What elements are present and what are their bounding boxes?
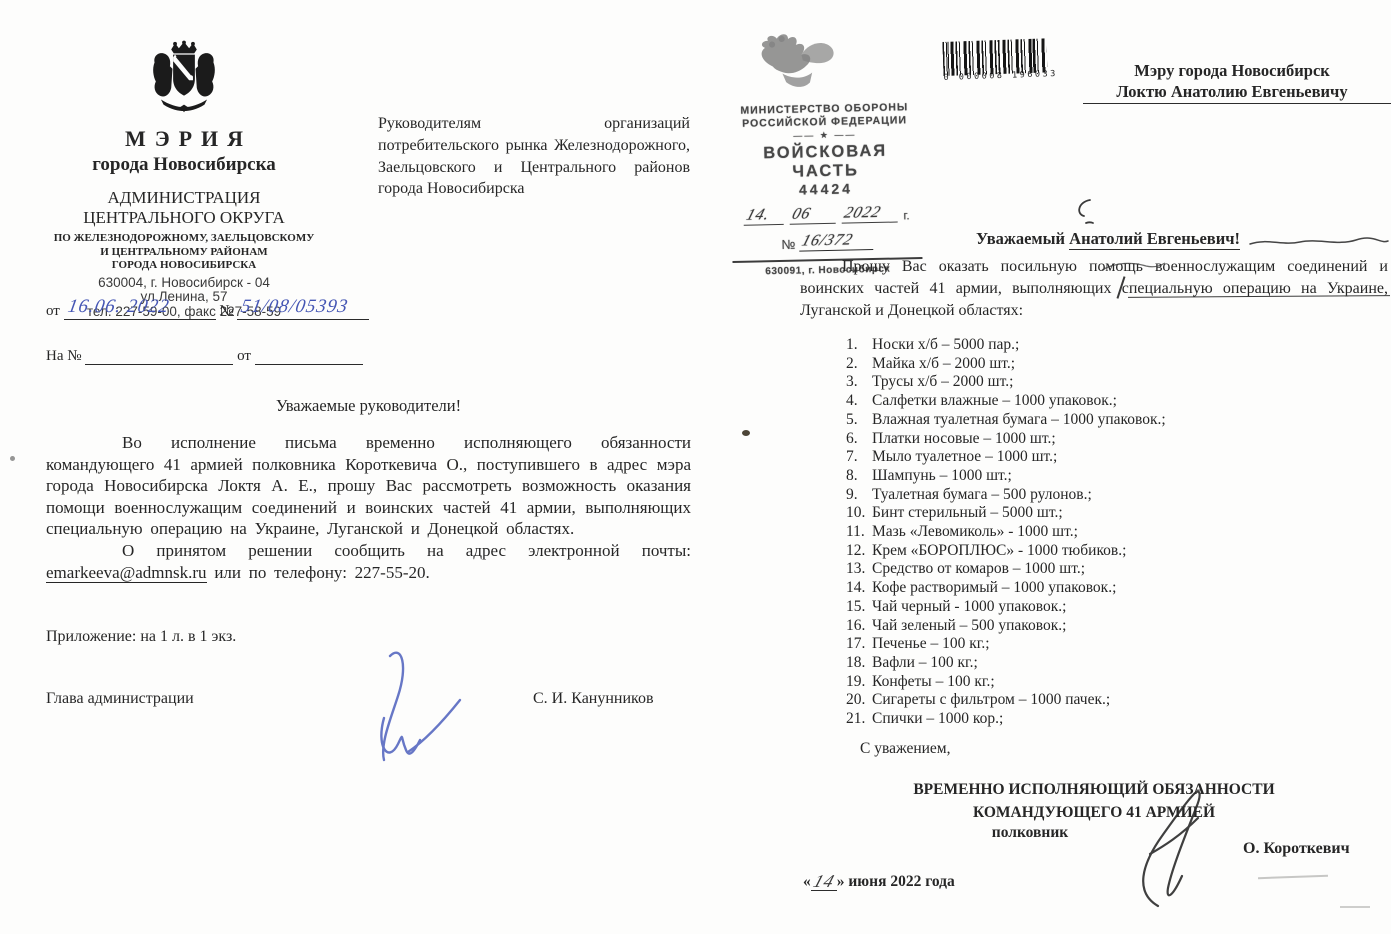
- pen-mark-scribble: [1098, 258, 1168, 274]
- doc1-sub-line2: И ЦЕНТРАЛЬНОМУ РАЙОНАМ: [46, 246, 322, 260]
- doc1-signer-title: Глава администрации: [46, 690, 194, 708]
- item-label: Платки носовые – 1000 шт.;: [872, 430, 1056, 449]
- item-label: Спички – 1000 кор.;: [872, 710, 1003, 729]
- doc1-dept-line1: АДМИНИСТРАЦИЯ: [46, 188, 322, 208]
- doc1-addressee: Руководителям организаций потребительско…: [378, 113, 690, 200]
- item-label: Крем «БОРОПЛЮС» - 1000 тюбиков.;: [872, 542, 1126, 561]
- doc2-date-line: «14» июня 2022 года: [803, 872, 955, 891]
- item-label: Влажная туалетная бумага – 1000 упаковок…: [872, 411, 1166, 430]
- request-list-item: 16. Чай зеленый – 500 упаковок.;: [846, 617, 1386, 636]
- doc1-email-link: emarkeeva@admnsk.ru: [46, 563, 207, 583]
- item-label: Носки х/б – 5000 пар.;: [872, 336, 1019, 355]
- request-list-item: 12. Крем «БОРОПЛЮС» - 1000 тюбиков.;: [846, 542, 1386, 561]
- request-list-item: 19. Конфеты – 100 кг.;: [846, 673, 1386, 692]
- doc1-handwritten-number: 51/08/05393: [239, 296, 350, 318]
- stamp-date-month-field: 06: [789, 203, 835, 225]
- item-number: 15.: [846, 598, 872, 617]
- doc1-letterhead: МЭРИЯ города Новосибирска АДМИНИСТРАЦИЯ …: [46, 40, 322, 319]
- doc1-ref-number-field: 51/08/05393: [237, 299, 369, 320]
- stamp-handwritten-day: 14.: [744, 206, 772, 225]
- doc2-date-day-field: 14: [811, 872, 837, 891]
- doc1-paragraph-1: Во исполнение письма временно исполняюще…: [46, 432, 691, 540]
- stamp-unit-label: ВОЙСКОВАЯ ЧАСТЬ: [730, 141, 921, 183]
- item-label: Кофе растворимый – 1000 упаковок.;: [872, 579, 1116, 598]
- request-list-item: 3. Трусы х/б – 2000 шт.;: [846, 373, 1386, 392]
- item-label: Салфетки влажные – 1000 упаковок.;: [872, 392, 1117, 411]
- item-number: 1.: [846, 336, 872, 355]
- doc1-reference-row: от 16.06. 2022 № 51/08/05393: [46, 299, 386, 320]
- request-list-item: 18. Вафли – 100 кг.;: [846, 654, 1386, 673]
- request-list-item: 2. Майка х/б – 2000 шт.;: [846, 355, 1386, 374]
- request-list-item: 13. Средство от комаров – 1000 шт.;: [846, 560, 1386, 579]
- item-number: 9.: [846, 486, 872, 505]
- request-list-item: 1. Носки х/б – 5000 пар.;: [846, 336, 1386, 355]
- doc1-ref-no-label: №: [219, 303, 233, 319]
- stamp-date-year-field: 2022: [841, 202, 897, 224]
- doc1-org-name: МЭРИЯ: [46, 126, 322, 152]
- request-list-item: 8. Шампунь – 1000 шт.;: [846, 467, 1386, 486]
- item-number: 18.: [846, 654, 872, 673]
- request-list-item: 14. Кофе растворимый – 1000 упаковок.;: [846, 579, 1386, 598]
- item-label: Вафли – 100 кг.;: [872, 654, 978, 673]
- item-number: 14.: [846, 579, 872, 598]
- doc2-signer-title-line1: ВРЕМЕННО ИСПОЛНЯЮЩИЙ ОБЯЗАННОСТИ: [800, 778, 1388, 801]
- item-number: 7.: [846, 448, 872, 467]
- request-list-item: 6. Платки носовые – 1000 шт.;: [846, 430, 1386, 449]
- item-number: 16.: [846, 617, 872, 636]
- doc2-closing: С уважением,: [860, 740, 951, 758]
- item-number: 13.: [846, 560, 872, 579]
- request-list-item: 15. Чай черный - 1000 упаковок.;: [846, 598, 1386, 617]
- item-number: 6.: [846, 430, 872, 449]
- doc1-body: Во исполнение письма временно исполняюще…: [46, 432, 691, 583]
- doc1-paragraph-2: О принятом решении сообщить на адрес эле…: [46, 540, 691, 583]
- doc2-addressee-line2: Локтю Анатолию Евгеньевичу: [1093, 81, 1371, 102]
- pen-mark-arc: [1070, 196, 1096, 226]
- item-label: Чай зеленый – 500 упаковок.;: [872, 617, 1066, 636]
- request-list-item: 11. Мазь «Левомиколь» - 1000 шт.;: [846, 523, 1386, 542]
- signature-korotkevich: [1128, 788, 1228, 912]
- item-number: 12.: [846, 542, 872, 561]
- doc2-salutation-prefix: Уважаемый: [976, 229, 1069, 248]
- doc2-signer-title: ВРЕМЕННО ИСПОЛНЯЮЩИЙ ОБЯЗАННОСТИ КОМАНДУ…: [800, 778, 1388, 824]
- item-label: Шампунь – 1000 шт.;: [872, 467, 1012, 486]
- doc1-handwritten-date: 16.06. 2022: [66, 296, 171, 318]
- item-number: 11.: [846, 523, 872, 542]
- item-number: 4.: [846, 392, 872, 411]
- doc2-date-rest: » июня 2022 года: [837, 873, 955, 890]
- item-number: 3.: [846, 373, 872, 392]
- doc2-military-unit-stamp: МИНИСТЕРСТВО ОБОРОНЫ РОССИЙСКОЙ ФЕДЕРАЦИ…: [729, 101, 923, 278]
- doc2-date-open-quote: «: [803, 873, 811, 890]
- doc1-sub-line1: ПО ЖЕЛЕЗНОДОРОЖНОМУ, ЗАЕЛЬЦОВСКОМУ: [46, 232, 322, 246]
- request-list-item: 21. Спички – 1000 кор.;: [846, 710, 1386, 729]
- item-label: Мазь «Левомиколь» - 1000 шт.;: [872, 523, 1078, 542]
- doc1-salutation: Уважаемые руководители!: [46, 396, 691, 416]
- item-number: 8.: [846, 467, 872, 486]
- item-label: Средство от комаров – 1000 шт.;: [872, 560, 1085, 579]
- item-label: Бинт стерильный – 5000 шт.;: [872, 504, 1063, 523]
- doc1-ref-date-field: 16.06. 2022: [64, 299, 216, 320]
- item-label: Конфеты – 100 кг.;: [872, 673, 995, 692]
- item-label: Туалетная бумага – 500 рулонов.;: [872, 486, 1092, 505]
- doc2-signer-title-line2: КОМАНДУЮЩЕГО 41 АРМИЕЙ: [800, 801, 1388, 824]
- request-list-item: 4. Салфетки влажные – 1000 упаковок.;: [846, 392, 1386, 411]
- request-list-item: 20. Сигареты с фильтром – 1000 пачек.;: [846, 691, 1386, 710]
- doc1-para2-suffix: или по телефону: 227-55-20.: [207, 563, 430, 582]
- signature-kanunnikov: [348, 648, 468, 768]
- request-list-item: 7. Мыло туалетное – 1000 шт.;: [846, 448, 1386, 467]
- request-list-item: 5. Влажная туалетная бумага – 1000 упако…: [846, 411, 1386, 430]
- item-label: Чай черный - 1000 упаковок.;: [872, 598, 1066, 617]
- item-number: 10.: [846, 504, 872, 523]
- scan-smudge: [1340, 906, 1370, 908]
- doc1-org-city: города Новосибирска: [46, 154, 322, 176]
- item-number: 21.: [846, 710, 872, 729]
- item-number: 17.: [846, 635, 872, 654]
- doc1-reply-number-field: [85, 344, 233, 365]
- mod-eagle-emblem-stamp-icon: [750, 18, 857, 112]
- doc1-postal-line: 630004, г. Новосибирск - 04: [46, 276, 322, 291]
- item-label: Трусы х/б – 2000 шт.;: [872, 373, 1013, 392]
- scan-smudge: [1258, 875, 1328, 879]
- novosibirsk-coat-of-arms-icon: [152, 40, 216, 118]
- item-number: 19.: [846, 673, 872, 692]
- item-label: Сигареты с фильтром – 1000 пачек.;: [872, 691, 1110, 710]
- scan-speck: [10, 456, 15, 461]
- request-list-item: 10. Бинт стерильный – 5000 шт.;: [846, 504, 1386, 523]
- doc1-signer-name: С. И. Канунников: [533, 690, 654, 708]
- doc2-signer-name: О. Короткевич: [1243, 840, 1350, 858]
- doc2-salutation-name: Анатолий Евгеньевич!: [1069, 229, 1240, 250]
- item-number: 20.: [846, 691, 872, 710]
- doc1-reply-ot-label: от: [237, 348, 251, 364]
- item-label: Мыло туалетное – 1000 шт.;: [872, 448, 1057, 467]
- item-label: Печенье – 100 кг.;: [872, 635, 990, 654]
- item-number: 2.: [846, 355, 872, 374]
- stamp-no-label: №: [781, 237, 795, 252]
- doc1-para2-text: О принятом решении сообщить на адрес эле…: [122, 541, 691, 560]
- stamp-handwritten-year: 2022: [842, 204, 883, 223]
- request-list-item: 17. Печенье – 100 кг.;: [846, 635, 1386, 654]
- doc2-addressee: Мэру города Новосибирск Локтю Анатолию Е…: [1093, 60, 1371, 102]
- scan-speck: [742, 430, 750, 436]
- doc1-ref-from-label: от: [46, 303, 60, 319]
- doc2-request-list: 1. Носки х/б – 5000 пар.; 2. Майка х/б –…: [846, 336, 1386, 729]
- doc1-attachment-note: Приложение: на 1 л. в 1 экз.: [46, 628, 446, 646]
- doc2-paragraph-1: Прошу Вас оказать посильную помощь военн…: [800, 256, 1388, 322]
- doc1-sub-line3: ГОРОДА НОВОСИБИРСКА: [46, 259, 322, 273]
- doc1-dept-line2: ЦЕНТРАЛЬНОГО ОКРУГА: [46, 208, 322, 228]
- stamp-handwritten-month: 06: [790, 205, 813, 223]
- request-list-item: 9. Туалетная бумага – 500 рулонов.;: [846, 486, 1386, 505]
- doc2-addressee-line1: Мэру города Новосибирск: [1093, 60, 1371, 81]
- item-number: 5.: [846, 411, 872, 430]
- doc2-handwritten-day: 14: [810, 871, 837, 892]
- stamp-date-suffix: г.: [903, 208, 910, 222]
- doc2-body-intro: Прошу Вас оказать посильную помощь военн…: [800, 256, 1388, 322]
- scanned-letters-page: МЭРИЯ города Новосибирска АДМИНИСТРАЦИЯ …: [0, 0, 1391, 934]
- doc1-reply-date-field: [255, 344, 363, 365]
- item-label: Майка х/б – 2000 шт.;: [872, 355, 1015, 374]
- stamp-date-day-field: 14.: [743, 204, 783, 226]
- registration-barcode: 0 000008 196033: [942, 38, 1058, 83]
- stamp-unit-number: 44424: [731, 179, 921, 199]
- doc2-addressee-underline: [1083, 103, 1391, 104]
- doc1-reply-na-label: На №: [46, 348, 82, 364]
- doc1-reply-reference-row: На № от: [46, 344, 386, 365]
- pen-mark-wavy-line: [1248, 234, 1390, 250]
